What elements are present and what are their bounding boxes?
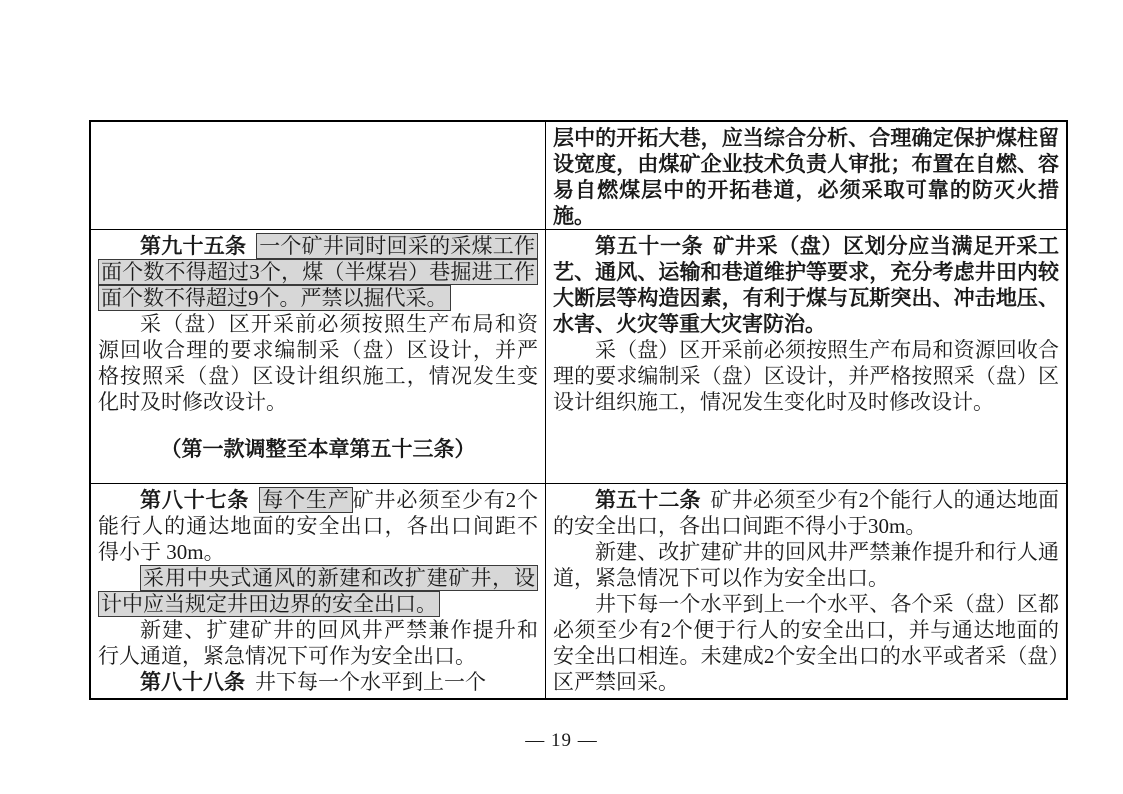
highlighted-revision-text: 采用中央式通风的新建和改扩建矿井，设计中应当规定井田边界的安全出口。: [98, 565, 538, 617]
article-number-52: 第五十二条: [595, 488, 701, 512]
regulation-comparison-table: 层中的开拓大巷，应当综合分析、合理确定保护煤柱留设宽度，由煤矿企业技术负责人审批…: [89, 120, 1068, 700]
table-row: 第九十五条一个矿井同时回采的采煤工作面个数不得超过3个，煤（半煤岩）巷掘进工作面…: [90, 230, 1067, 484]
cell-new-article-52: 第五十二条矿井必须至少有2个能行人的通达地面的安全出口，各出口间距不得小于30m…: [546, 484, 1068, 699]
article-number-95: 第九十五条: [140, 234, 246, 258]
paragraph-article-52: 第五十二条矿井必须至少有2个能行人的通达地面的安全出口，各出口间距不得小于30m…: [553, 487, 1059, 539]
paragraph-body: 井下每一个水平到上一个水平、各个采（盘）区都必须至少有2个便于行人的安全出口，并…: [553, 591, 1059, 695]
cell-old-row1-empty: [90, 121, 546, 230]
cell-new-article-51: 第五十一条矿井采（盘）区划分应当满足开采工艺、通风、运输和巷道维护等要求，充分考…: [546, 230, 1068, 484]
paragraph-article-51: 第五十一条矿井采（盘）区划分应当满足开采工艺、通风、运输和巷道维护等要求，充分考…: [553, 233, 1059, 337]
paragraph-article-95: 第九十五条一个矿井同时回采的采煤工作面个数不得超过3个，煤（半煤岩）巷掘进工作面…: [98, 233, 538, 311]
table-row: 第八十七条每个生产矿井必须至少有2个能行人的通达地面的安全出口，各出口间距不得小…: [90, 484, 1067, 699]
paragraph-article-88: 第八十八条井下每一个水平到上一个: [98, 669, 538, 695]
paragraph-body: 新建、改扩建矿井的回风井严禁兼作提升和行人通道，紧急情况下可以作为安全出口。: [553, 539, 1059, 591]
cell-old-article-87: 第八十七条每个生产矿井必须至少有2个能行人的通达地面的安全出口，各出口间距不得小…: [90, 484, 546, 699]
article-number-51: 第五十一条: [595, 234, 703, 258]
table-row: 层中的开拓大巷，应当综合分析、合理确定保护煤柱留设宽度，由煤矿企业技术负责人审批…: [90, 121, 1067, 230]
article-number-88: 第八十八条: [140, 670, 245, 694]
paragraph-article-87: 第八十七条每个生产矿井必须至少有2个能行人的通达地面的安全出口，各出口间距不得小…: [98, 487, 538, 565]
paragraph-body: 采（盘）区开采前必须按照生产布局和资源回收合理的要求编制采（盘）区设计，并严格按…: [553, 337, 1059, 415]
paragraph-highlighted: 采用中央式通风的新建和改扩建矿井，设计中应当规定井田边界的安全出口。: [98, 565, 538, 617]
article-88-text: 井下每一个水平到上一个: [255, 670, 486, 694]
document-page: 层中的开拓大巷，应当综合分析、合理确定保护煤柱留设宽度，由煤矿企业技术负责人审批…: [0, 0, 1123, 794]
cell-new-row1: 层中的开拓大巷，应当综合分析、合理确定保护煤柱留设宽度，由煤矿企业技术负责人审批…: [546, 121, 1068, 230]
adjustment-note: （第一款调整至本章第五十三条）: [98, 436, 538, 462]
page-number: — 19 —: [0, 730, 1123, 752]
article-number-87: 第八十七条: [140, 488, 249, 512]
paragraph-body: 采（盘）区开采前必须按照生产布局和资源回收合理的要求编制采（盘）区设计，并严格按…: [98, 311, 538, 415]
cell-old-article-95: 第九十五条一个矿井同时回采的采煤工作面个数不得超过3个，煤（半煤岩）巷掘进工作面…: [90, 230, 546, 484]
paragraph-continuation: 层中的开拓大巷，应当综合分析、合理确定保护煤柱留设宽度，由煤矿企业技术负责人审批…: [553, 125, 1059, 229]
paragraph-body: 新建、扩建矿井的回风井严禁兼作提升和行人通道，紧急情况下可作为安全出口。: [98, 617, 538, 669]
highlighted-revision-text: 每个生产: [259, 487, 352, 513]
